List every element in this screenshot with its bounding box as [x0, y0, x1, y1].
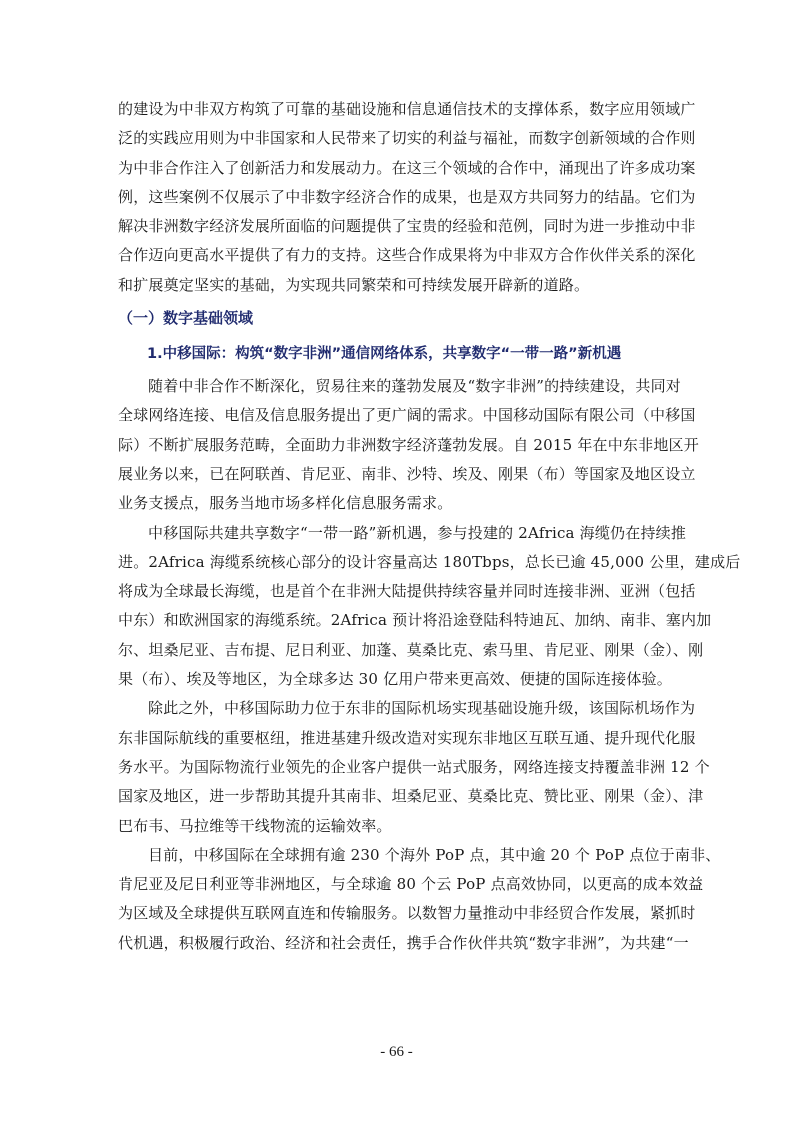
text-line: 业务支援点，服务当地市场多样化信息服务需求。 — [118, 489, 681, 518]
text-line: 中移国际共建共享数字“一带一路”新机遇，参与投建的 2Africa 海缆仍在持续… — [118, 519, 681, 548]
text-line: 肯尼亚及尼日利亚等非洲地区，与全球逾 80 个云 PoP 点高效协同，以更高的成… — [118, 870, 681, 899]
text-line: 目前，中移国际在全球拥有逾 230 个海外 PoP 点，其中逾 20 个 PoP… — [118, 841, 681, 870]
text-line: 合作迈向更高水平提供了有力的支持。这些合作成果将为中非双方合作伙伴关系的深化 — [118, 241, 681, 270]
text-line: 务水平。为国际物流行业领先的企业客户提供一站式服务，网络连接支持覆盖非洲 12 … — [118, 753, 681, 782]
text-line: 的建设为中非双方构筑了可靠的基础设施和信息通信技术的支撑体系，数字应用领域广 — [118, 95, 681, 124]
text-line: 东非国际航线的重要枢纽，推进基建升级改造对实现东非地区互联互通、提升现代化服 — [118, 724, 681, 753]
text-line: 果（布）、埃及等地区，为全球多达 30 亿用户带来更高效、便捷的国际连接体验。 — [118, 665, 681, 694]
text-line: 解决非洲数字经济发展所面临的问题提供了宝贵的经验和范例，同时为进一步推动中非 — [118, 212, 681, 241]
text-line: 将成为全球最长海缆，也是首个在非洲大陆提供持续容量并同时连接非洲、亚洲（包括 — [118, 577, 681, 606]
text-line: 代机遇，积极履行政治、经济和社会责任，携手合作伙伴共筑“数字非洲”，为共建“一 — [118, 929, 681, 958]
text-line: 巴布韦、马拉维等干线物流的运输效率。 — [118, 812, 681, 841]
text-line: 除此之外，中移国际助力位于东非的国际机场实现基础设施升级，该国际机场作为 — [118, 694, 681, 723]
section-heading: （一）数字基础领域 — [118, 300, 681, 336]
text-line: 际）不断扩展服务范畴，全面助力非洲数字经济蓬勃发展。自 2015 年在中东非地区… — [118, 431, 681, 460]
text-line: 为区域及全球提供互联网直连和传输服务。以数智力量推动中非经贸合作发展，紧抓时 — [118, 899, 681, 928]
text-line: 泛的实践应用则为中非国家和人民带来了切实的利益与福祉，而数字创新领域的合作则 — [118, 124, 681, 153]
text-line: 进。2Africa 海缆系统核心部分的设计容量高达 180Tbps，总长已逾 4… — [118, 548, 681, 577]
paragraph-4: 目前，中移国际在全球拥有逾 230 个海外 PoP 点，其中逾 20 个 PoP… — [118, 841, 681, 958]
text-line: 展业务以来，已在阿联酋、肯尼亚、南非、沙特、埃及、刚果（布）等国家及地区设立 — [118, 460, 681, 489]
text-line: 全球网络连接、电信及信息服务提出了更广阔的需求。中国移动国际有限公司（中移国 — [118, 401, 681, 430]
text-line: 和扩展奠定坚实的基础，为实现共同繁荣和可持续发展开辟新的道路。 — [118, 271, 681, 300]
text-line: 国家及地区，进一步帮助其提升其南非、坦桑尼亚、莫桑比克、赞比亚、刚果（金）、津 — [118, 782, 681, 811]
page-number: - 66 - — [0, 1044, 793, 1061]
text-line: 尔、坦桑尼亚、吉布提、尼日利亚、加蓬、莫桑比克、索马里、肯尼亚、刚果（金）、刚 — [118, 636, 681, 665]
text-line: 例，这些案例不仅展示了中非数字经济合作的成果，也是双方共同努力的结晶。它们为 — [118, 183, 681, 212]
intro-paragraph: 的建设为中非双方构筑了可靠的基础设施和信息通信技术的支撑体系，数字应用领域广 泛… — [118, 95, 681, 300]
paragraph-3: 除此之外，中移国际助力位于东非的国际机场实现基础设施升级，该国际机场作为 东非国… — [118, 694, 681, 840]
paragraph-1: 随着中非合作不断深化，贸易往来的蓬勃发展及“数字非洲”的持续建设，共同对 全球网… — [118, 372, 681, 518]
document-page: 的建设为中非双方构筑了可靠的基础设施和信息通信技术的支撑体系，数字应用领域广 泛… — [118, 95, 681, 958]
text-line: 为中非合作注入了创新活力和发展动力。在这三个领域的合作中，涌现出了许多成功案 — [118, 154, 681, 183]
text-line: 随着中非合作不断深化，贸易往来的蓬勃发展及“数字非洲”的持续建设，共同对 — [118, 372, 681, 401]
text-line: 中东）和欧洲国家的海缆系统。2Africa 预计将沿途登陆科特迪瓦、加纳、南非、… — [118, 606, 681, 635]
paragraph-2: 中移国际共建共享数字“一带一路”新机遇，参与投建的 2Africa 海缆仍在持续… — [118, 519, 681, 695]
subsection-heading: 1.中移国际：构筑“数字非洲”通信网络体系，共享数字“一带一路”新机遇 — [118, 336, 681, 372]
